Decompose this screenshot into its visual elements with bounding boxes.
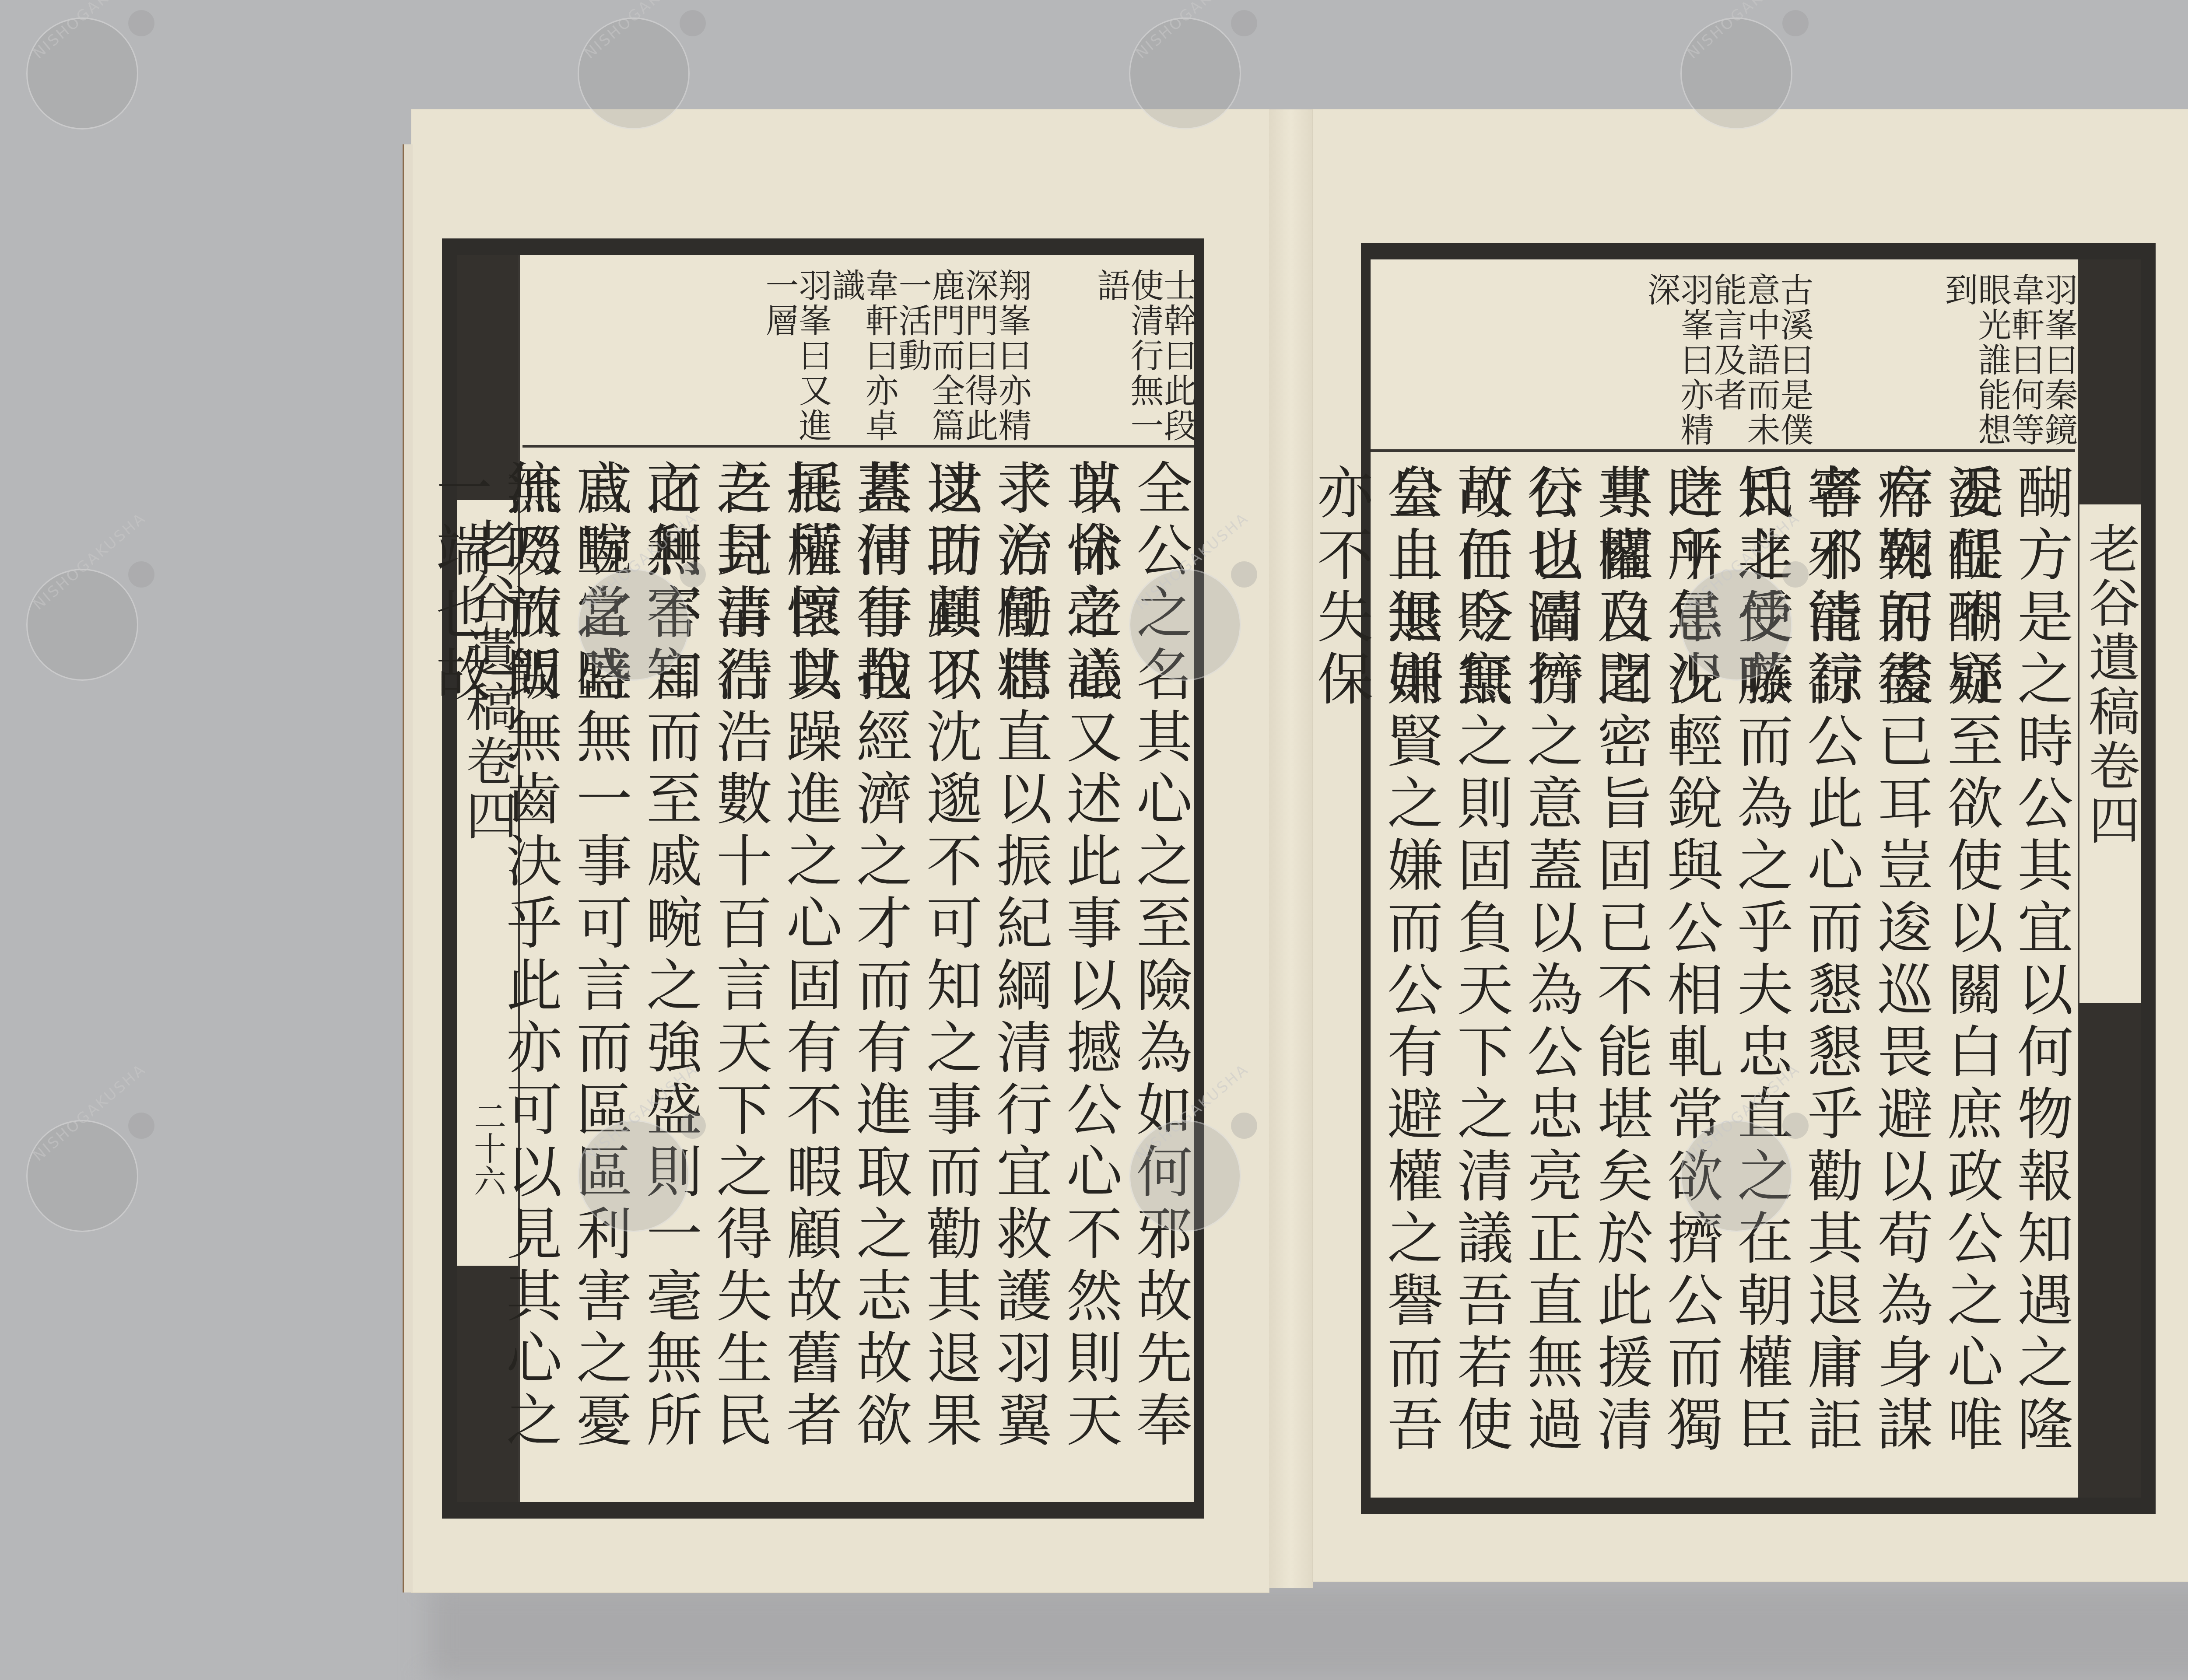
headnote-column: 到 [1943,273,1974,308]
nishogakusha-logo-icon: NISHOGAKUSHA [26,1120,138,1232]
headnote-column: 韋軒曰何等 [2009,273,2041,448]
headnote-column: 深門曰得此 [963,268,995,443]
lower-black-mouth [2079,1003,2141,1498]
headnote-column: 眼光誰能想 [1976,273,2008,448]
headnote-column: 翔峯曰亦精 [996,268,1028,443]
headnote-column: 意中語而未 [1745,273,1777,448]
fold-title: 老谷遺稿卷四 [2079,522,2141,938]
right-page-frame: 羽峯曰秦鏡 韋軒曰何等 眼光誰能想 到 古溪曰是僕 意中語而未 能言及者 羽峯曰… [1361,243,2156,1514]
headnote-column: 能言及者 [1712,273,1743,413]
upper-black-mouth [2079,259,2141,504]
headnote-column: 一活動 [897,268,928,373]
headnote-column: 士幹曰此段 [1162,268,1193,443]
headnote-column: 深 [1645,273,1677,308]
page-stack-edge [403,144,413,1592]
headnote-area: 羽峯曰秦鏡 韋軒曰何等 眼光誰能想 到 古溪曰是僕 意中語而未 能言及者 羽峯曰… [1371,259,2075,452]
headnote-column: 古溪曰是僕 [1778,273,1810,448]
headnote-column: 羽峯曰秦鏡 [2043,273,2074,448]
headnote-column: 羽峯曰又進 [797,268,828,443]
nishogakusha-logo-icon: NISHOGAKUSHA [1680,17,1792,129]
left-page-frame: 老谷遺稿卷四 二十六 士幹曰此段 使清行無一 語 翔峯曰亦精 深門曰得此 鹿門而… [442,238,1204,1519]
nishogakusha-logo-icon: NISHOGAKUSHA [578,1120,690,1232]
headnote-column: 識 [830,268,862,303]
nishogakusha-logo-icon: NISHOGAKUSHA [1680,1120,1792,1232]
book-gutter [1269,109,1313,1588]
headnote-column: 羽峯曰亦精 [1679,273,1710,448]
headnote-column: 使清行無一 [1129,268,1160,443]
page-shadow [429,1584,2188,1680]
headnote-column: 語 [1095,268,1127,303]
text-column: 醐方是之時公其宜以何物報知遇之隆況醍醐亦 [2005,463,2075,1498]
nishogakusha-logo-icon: NISHOGAKUSHA [1129,569,1241,681]
nishogakusha-logo-icon: NISHOGAKUSHA [578,17,690,129]
headnote-column: 韋軒曰亦卓 [863,268,895,443]
headnote-column: 一層 [764,268,795,338]
headnote-column: 鹿門而全篇 [930,268,961,443]
nishogakusha-logo-icon: NISHOGAKUSHA [578,569,690,681]
nishogakusha-logo-icon: NISHOGAKUSHA [1129,17,1241,129]
nishogakusha-logo-icon: NISHOGAKUSHA [26,17,138,129]
nishogakusha-logo-icon: NISHOGAKUSHA [1680,569,1792,681]
nishogakusha-logo-icon: NISHOGAKUSHA [1129,1120,1241,1232]
headnote-area: 士幹曰此段 使清行無一 語 翔峯曰亦精 深門曰得此 鹿門而全篇 一活動 韋軒曰亦… [522,255,1194,448]
right-fold-column: 老谷遺稿卷四 [2079,259,2141,1498]
nishogakusha-logo-icon: NISHOGAKUSHA [26,569,138,681]
